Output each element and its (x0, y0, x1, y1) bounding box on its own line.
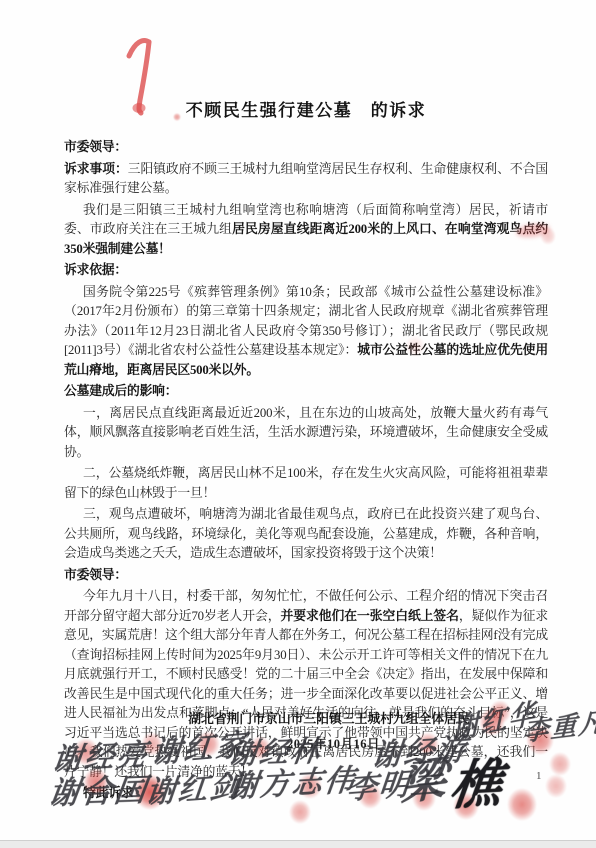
salutation-line: 市委领导： (64, 138, 548, 158)
intro-paragraph: 我们是三阳镇三王城村九组响堂湾也称响塘湾（后面简称响堂湾）居民，祈请市委、市政府… (64, 201, 548, 260)
impact-item-3: 三，观鸟点遭破坏，响塘湾为湖北省最佳观鸟点，政府已在此投资兴建了观鸟台、公共厕所… (64, 505, 548, 564)
salutation-line-2: 市委领导： (64, 566, 548, 586)
impact-item-1: 一，离居民点直线距离最近近200米，且在东边的山坡高处，放鞭大量火药有毒气体，顺… (64, 404, 548, 463)
appeal-paragraph: 今年九月十八日，村委干部，匆匆忙忙，不做任何公示、工程介绍的情况下突击召开部分留… (64, 587, 548, 782)
appeal-bold-text: 并要求他们在一张空白纸上签名 (280, 609, 458, 623)
red-thumbprint-mark (545, 774, 567, 798)
document-date: 2025年10月16日 (287, 734, 380, 752)
page-number: 1 (536, 770, 542, 782)
request-text: 三阳镇政府不顾三王城村九组响堂湾居民生存权利、生命健康权利、不合国家标准强行建公… (64, 162, 548, 196)
impact-item-2: 二，公墓烧纸炸鞭，离居民山林不足100米，存在发生火灾高风险，可能将祖祖辈辈留下… (64, 464, 548, 503)
red-thumbprint-mark (549, 752, 571, 776)
impact-heading: 公墓建成后的影响： (64, 382, 548, 402)
document-title: 不顾民生强行建公墓 的诉求 (64, 96, 548, 121)
request-label: 诉求事项： (64, 162, 128, 176)
basis-heading: 诉求依据： (64, 261, 548, 281)
appeal-text-2: ，疑似作为征求意见，实属荒唐！这个组大部分年青人都在外务工，何况公墓工程在招标挂… (64, 609, 548, 779)
signoff-line: 湖北省荆门市京山市三阳镇三王城村九组全体居民 (64, 708, 548, 727)
document-body: 不顾民生强行建公墓 的诉求 市委领导： 诉求事项：三阳镇政府不顾三王城村九组响堂… (64, 96, 548, 806)
petition-scan-page: 不顾民生强行建公墓 的诉求 市委领导： 诉求事项：三阳镇政府不顾三王城村九组响堂… (0, 0, 596, 848)
scan-bottom-edge (0, 840, 596, 848)
request-paragraph: 诉求事项：三阳镇政府不顾三王城村九组响堂湾居民生存权利、生命健康权利、不合国家标… (64, 160, 548, 199)
closing-line: 特此诉求 (64, 784, 548, 804)
basis-paragraph: 国务院令第225号《殡葬管理条例》第10条；民政部《城市公益性公墓建设标准》（2… (64, 283, 548, 381)
